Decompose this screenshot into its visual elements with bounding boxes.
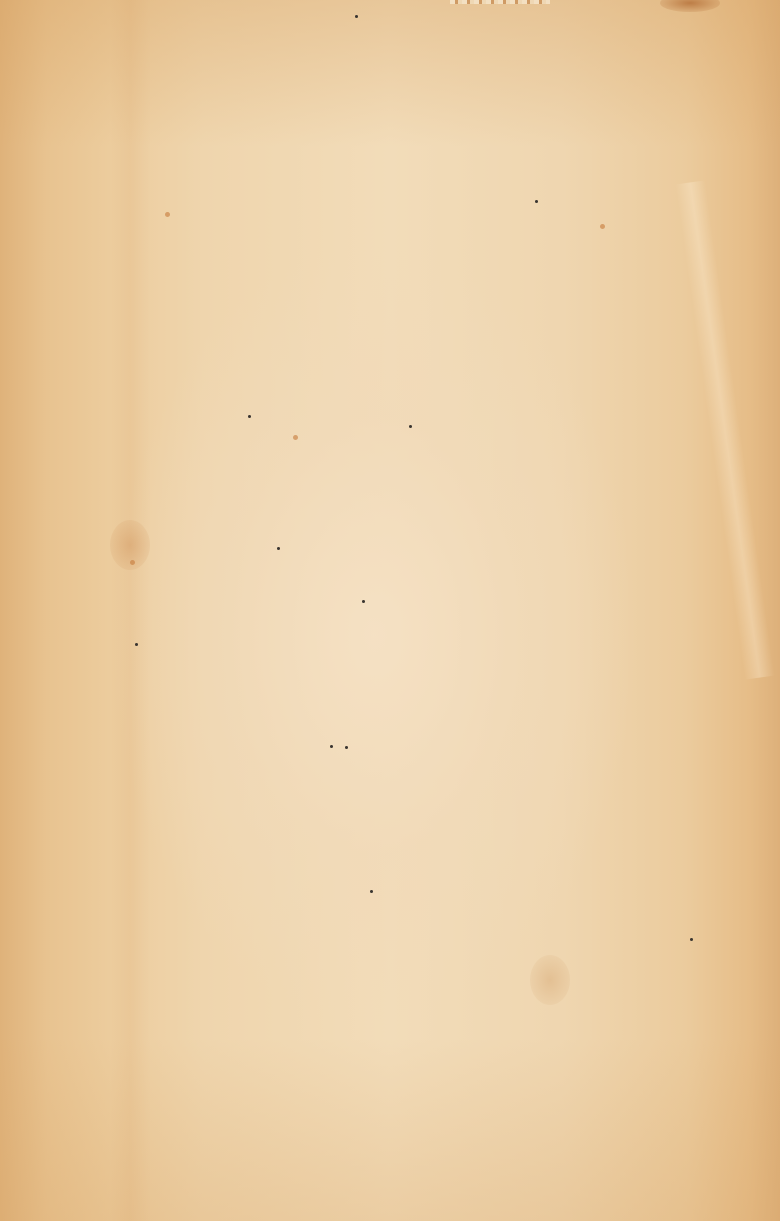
orange-speck (293, 435, 298, 440)
top-right-stain (660, 0, 720, 12)
dark-speck (277, 547, 280, 550)
dark-speck (345, 746, 348, 749)
right-fold-highlight (675, 180, 774, 679)
dark-speck (370, 890, 373, 893)
torn-top-edge (450, 0, 550, 4)
bottom-stain (530, 955, 570, 1005)
dark-speck (535, 200, 538, 203)
aged-paper-page (0, 0, 780, 1221)
orange-speck (130, 560, 135, 565)
left-fold-shadow (110, 0, 150, 1221)
orange-speck (165, 212, 170, 217)
dark-speck (409, 425, 412, 428)
dark-speck (690, 938, 693, 941)
dark-speck (355, 15, 358, 18)
orange-speck (600, 224, 605, 229)
dark-speck (248, 415, 251, 418)
dark-speck (330, 745, 333, 748)
dark-speck (135, 643, 138, 646)
dark-speck (362, 600, 365, 603)
